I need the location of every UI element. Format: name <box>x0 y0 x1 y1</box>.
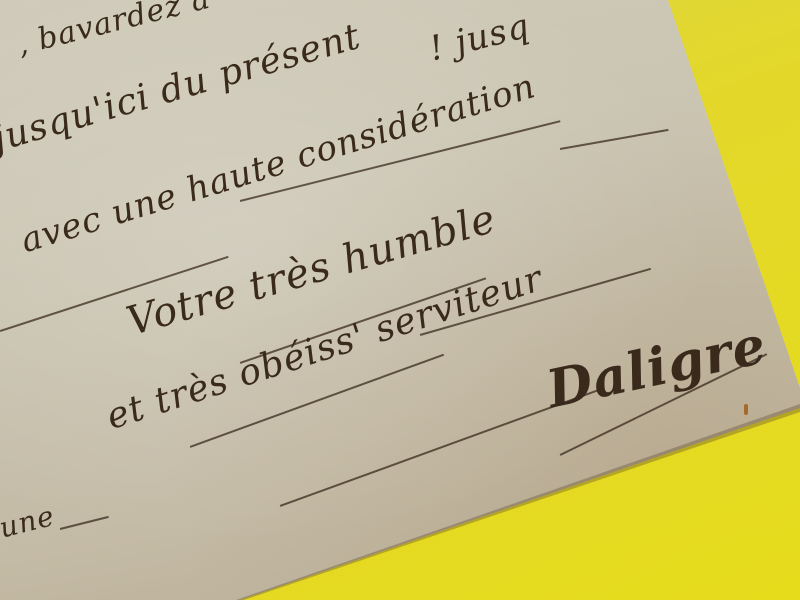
ink-stain <box>744 404 748 415</box>
photo-scene: , bavardez à ! jusq jusqu'ici du présent… <box>0 0 800 600</box>
